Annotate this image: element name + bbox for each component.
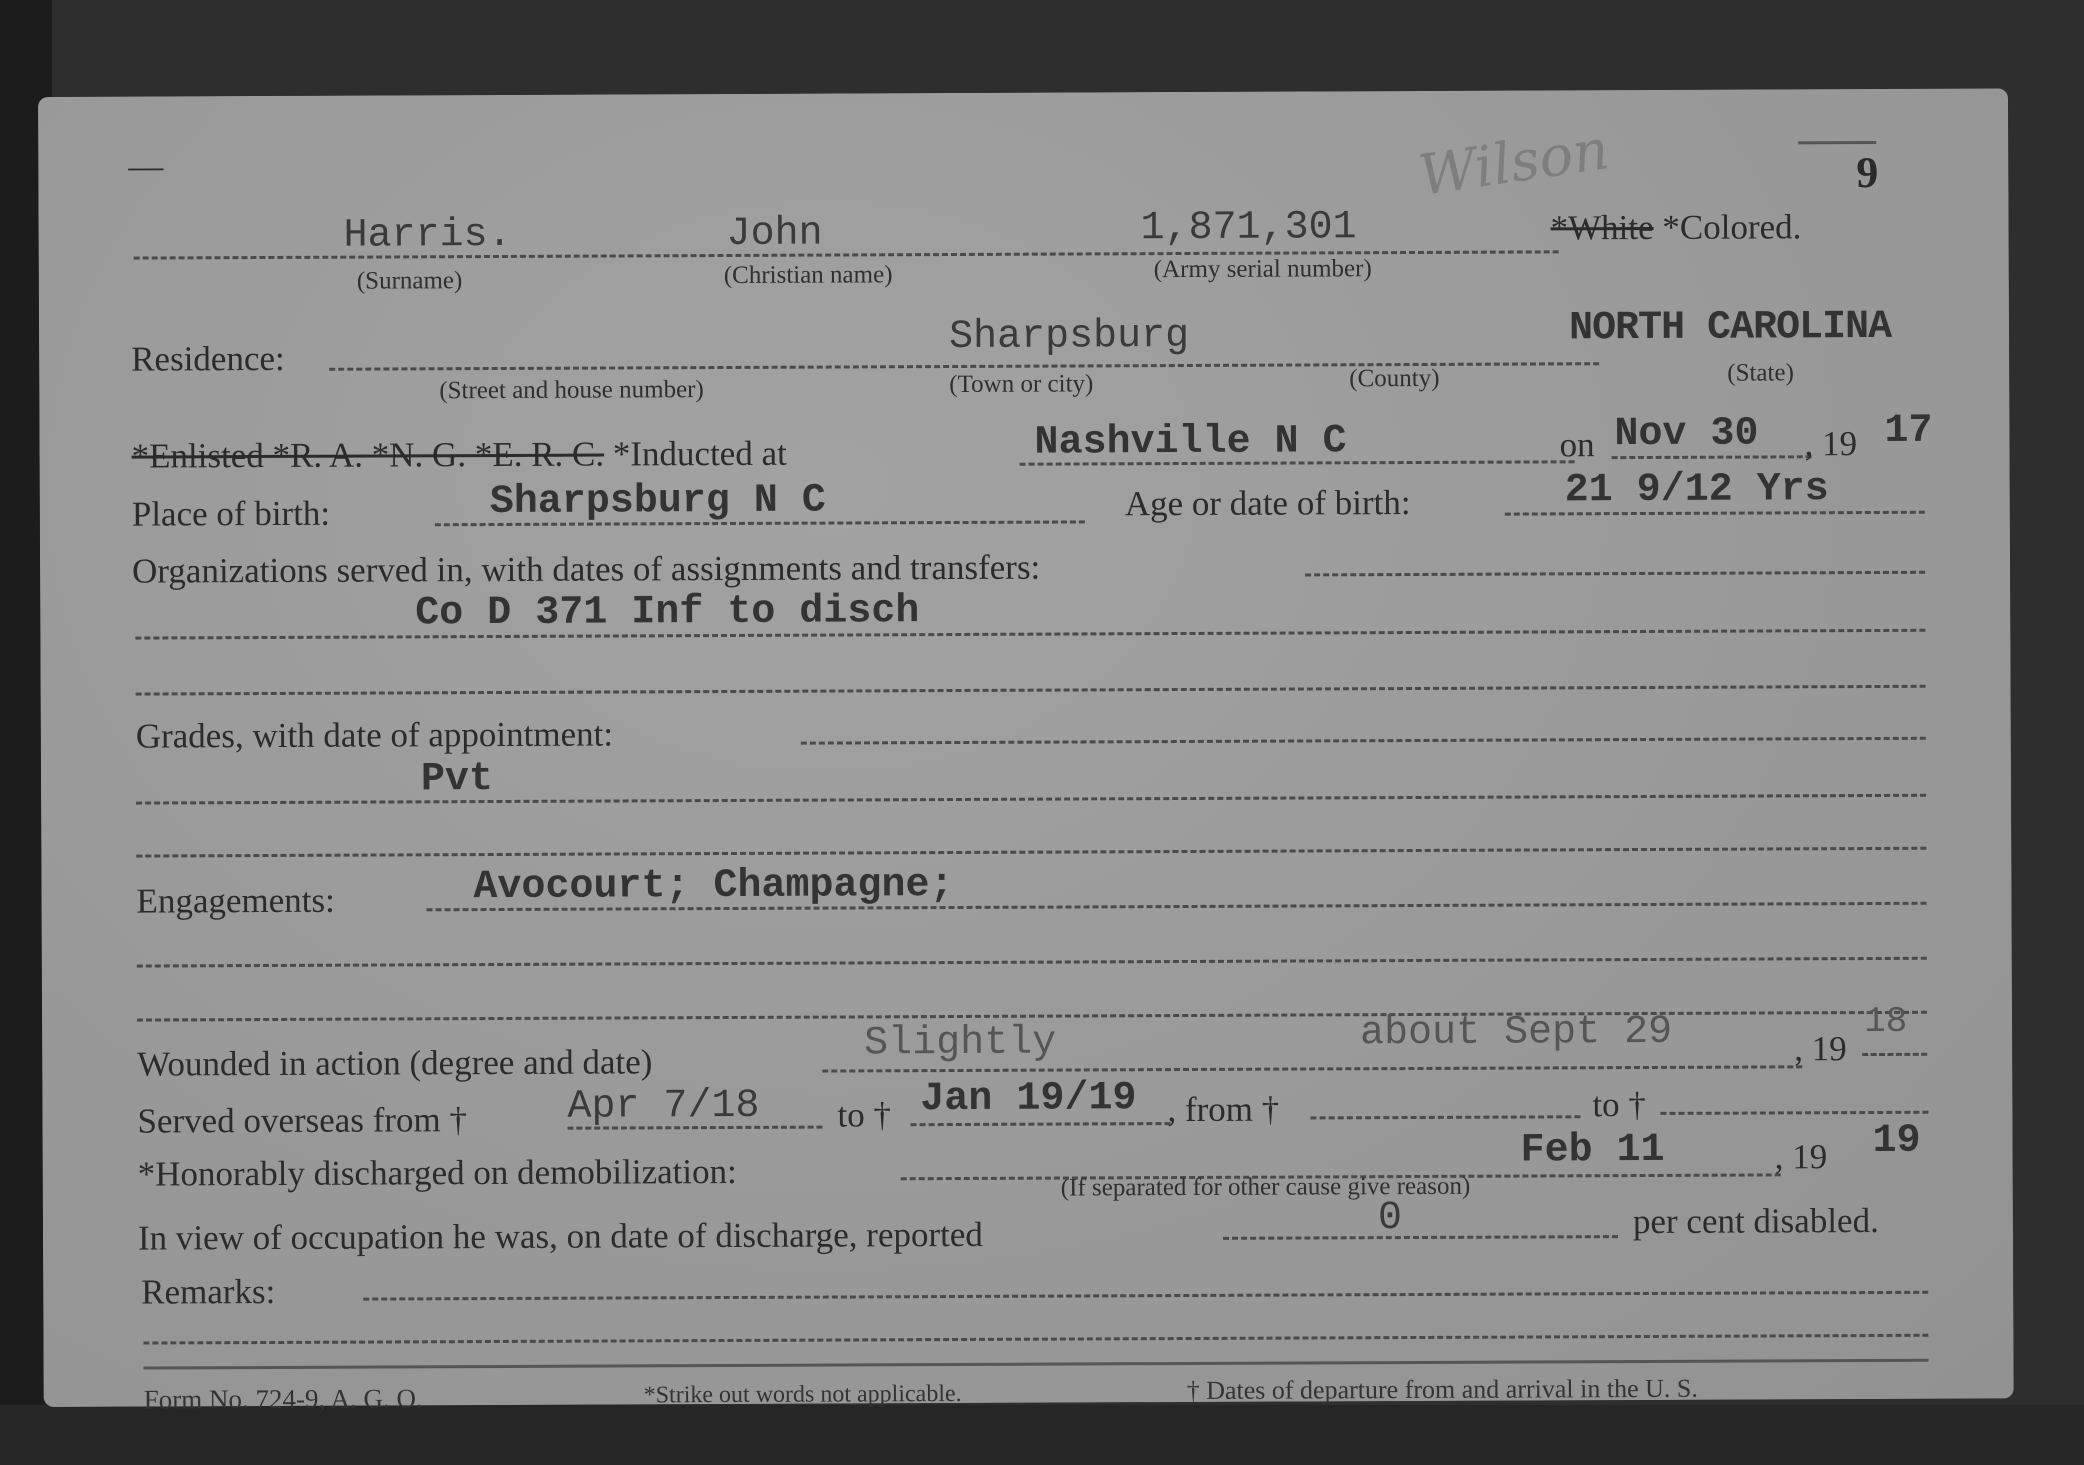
overseas-from2-line: [1310, 1115, 1580, 1119]
organizations-label: Organizations served in, with dates of a…: [132, 548, 1040, 592]
army-serial-value: 1,871,301: [1140, 205, 1356, 251]
race-colored: *Colored.: [1662, 207, 1801, 247]
residence-town-value: Sharpsburg: [949, 314, 1189, 360]
remarks-line-2: [143, 1334, 1928, 1345]
remarks-line-1: [363, 1291, 1928, 1301]
overseas-to-value: Jan 19/19: [920, 1076, 1136, 1122]
overseas-from-value: Apr 7/18: [567, 1084, 759, 1130]
footer-rule: [144, 1359, 1929, 1370]
disability-percent-value: 0: [1378, 1196, 1402, 1241]
serial-label: (Army serial number): [1154, 255, 1372, 284]
on-label: on: [1559, 425, 1594, 465]
wounded-year-value: 18: [1864, 1001, 1907, 1042]
wounded-year-prefix: , 19: [1794, 1029, 1847, 1069]
birth-place-label: Place of birth:: [132, 494, 330, 535]
wounded-label: Wounded in action (degree and date): [137, 1042, 652, 1084]
grades-line-1: [801, 737, 1926, 745]
wounded-date-value: about Sept 29: [1360, 1010, 1672, 1056]
engagements-line-2: [137, 957, 1927, 968]
christian-name-value: John: [727, 212, 823, 257]
inducted-label: *Inducted at: [613, 434, 787, 474]
organizations-line-2: [135, 629, 1925, 640]
disability-line: [1223, 1235, 1618, 1240]
grades-line-2: [136, 794, 1926, 805]
town-label: (Town or city): [949, 370, 1093, 399]
corner-mark: —: [128, 146, 163, 186]
grades-label: Grades, with date of appointment:: [136, 714, 613, 756]
engagements-label: Engagements:: [136, 881, 334, 922]
pencil-annotation: Wilson: [1415, 117, 1613, 209]
race-options: *White *Colored.: [1551, 207, 1802, 248]
county-label: (County): [1349, 365, 1439, 393]
age-label: Age or date of birth:: [1125, 483, 1411, 524]
overseas-to2-line: [1660, 1111, 1928, 1115]
discharge-note: (If separated for other cause give reaso…: [1061, 1173, 1471, 1203]
page-number: 9: [1856, 147, 1878, 198]
christian-name-label: (Christian name): [724, 261, 893, 290]
overseas-to-label: to †: [837, 1095, 891, 1135]
overseas-from-label: Served overseas from †: [137, 1100, 467, 1141]
enlistment-struck-options: *Enlisted *R. A. *N. G. *E. R. C.: [131, 435, 604, 476]
state-label: (State): [1727, 359, 1794, 387]
surname-value: Harris.: [344, 213, 512, 259]
surname-label: (Surname): [357, 267, 463, 295]
grade-entry: Pvt: [421, 757, 493, 802]
disability-label: In view of occupation he was, on date of…: [138, 1215, 983, 1259]
residence-label: Residence:: [131, 339, 285, 380]
overseas-to2-label: to †: [1592, 1085, 1646, 1125]
race-white-struck: *White: [1551, 208, 1654, 247]
disability-suffix: per cent disabled.: [1633, 1201, 1879, 1242]
organization-entry: Co D 371 Inf to disch: [415, 589, 919, 636]
discharge-year-value: 19: [1872, 1119, 1920, 1164]
residence-state-value: NORTH CAROLINA: [1569, 305, 1891, 351]
induction-year-prefix: , 19: [1804, 424, 1857, 464]
age-value: 21 9/12 Yrs: [1565, 467, 1829, 513]
street-label: (Street and house number): [439, 376, 704, 405]
overseas-to-line: [910, 1122, 1170, 1126]
inducted-place-value: Nashville N C: [1034, 419, 1346, 465]
remarks-label: Remarks:: [141, 1272, 275, 1313]
form-number: Form No. 724-9, A. G. O.: [144, 1383, 423, 1415]
wounded-line: [822, 1065, 1802, 1072]
discharge-year-prefix: , 19: [1775, 1137, 1828, 1177]
organizations-line-1: [1305, 571, 1925, 577]
page-number-rule: [1798, 141, 1876, 144]
birth-place-value: Sharpsburg N C: [490, 479, 826, 525]
enlistment-row: *Enlisted *R. A. *N. G. *E. R. C. *Induc…: [131, 434, 786, 477]
discharge-date-value: Feb 11: [1521, 1128, 1665, 1174]
overseas-from2-label: , from †: [1167, 1090, 1279, 1130]
engagements-value: Avocourt; Champagne;: [473, 863, 953, 910]
discharge-label: *Honorably discharged on demobilization:: [138, 1152, 737, 1195]
wounded-degree-value: Slightly: [864, 1021, 1056, 1067]
grades-line-3: [136, 847, 1926, 858]
service-record-card: — 9 Wilson Harris. John 1,871,301 (Surna…: [38, 88, 2014, 1407]
induction-year-value: 17: [1884, 409, 1932, 454]
organizations-line-3: [136, 685, 1926, 696]
dates-note: † Dates of departure from and arrival in…: [1187, 1374, 1698, 1406]
strike-note: *Strike out words not applicable.: [644, 1381, 962, 1409]
wounded-year-line: [1862, 1053, 1927, 1056]
induction-date-value: Nov 30: [1614, 411, 1758, 457]
